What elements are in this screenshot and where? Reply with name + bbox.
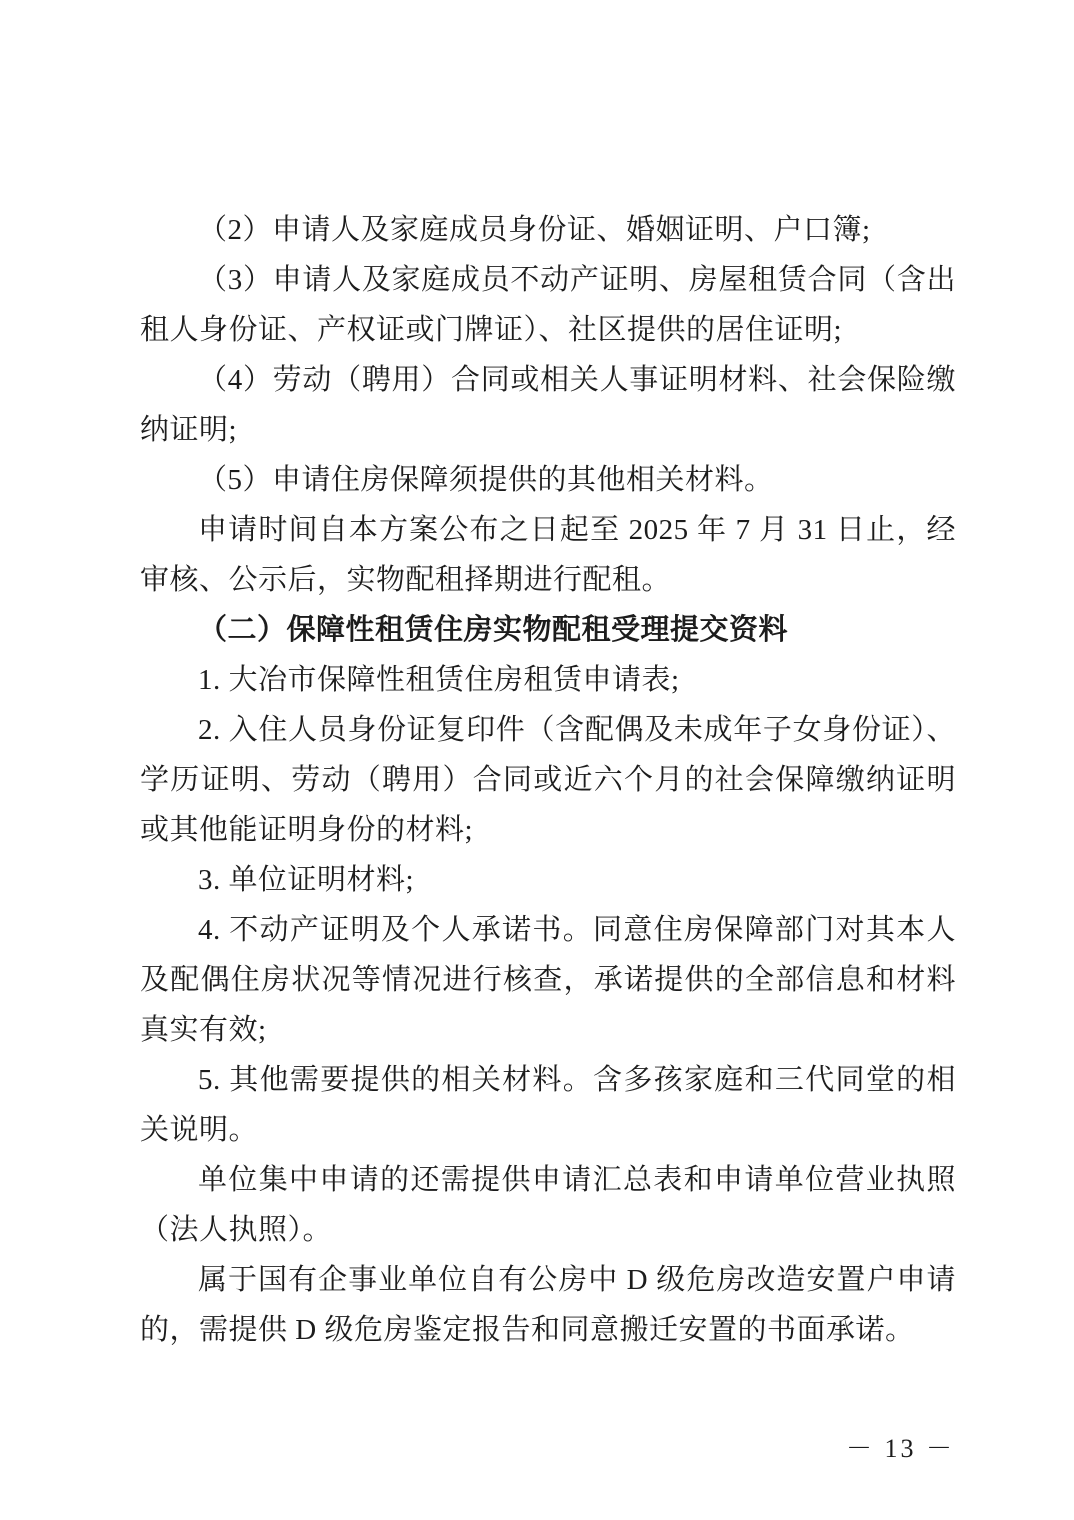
section-heading: （二）保障性租赁住房实物配租受理提交资料 [140,605,956,655]
paragraph-application-period: 申请时间自本方案公布之日起至 2025 年 7 月 31 日止，经审核、公示后，… [140,505,956,605]
paragraph-unit-application: 单位集中申请的还需提供申请汇总表和申请单位营业执照（法人执照）。 [140,1155,956,1255]
paragraph-item-2: （2）申请人及家庭成员身份证、婚姻证明、户口簿; [140,205,956,255]
paragraph-d-grade-housing: 属于国有企事业单位自有公房中 D 级危房改造安置户申请的，需提供 D 级危房鉴定… [140,1255,956,1355]
document-page: （2）申请人及家庭成员身份证、婚姻证明、户口簿; （3）申请人及家庭成员不动产证… [0,0,1074,1520]
page-number: － 13 － [846,1432,955,1466]
list-item-2: 2. 入住人员身份证复印件（含配偶及未成年子女身份证）、学历证明、劳动（聘用）合… [140,705,956,855]
list-item-1: 1. 大冶市保障性租赁住房租赁申请表; [140,655,956,705]
list-item-5: 5. 其他需要提供的相关材料。含多孩家庭和三代同堂的相关说明。 [140,1055,956,1155]
document-body: （2）申请人及家庭成员身份证、婚姻证明、户口簿; （3）申请人及家庭成员不动产证… [140,205,956,1355]
list-item-4: 4. 不动产证明及个人承诺书。同意住房保障部门对其本人及配偶住房状况等情况进行核… [140,905,956,1055]
paragraph-item-3: （3）申请人及家庭成员不动产证明、房屋租赁合同（含出租人身份证、产权证或门牌证）… [140,255,956,355]
paragraph-item-4: （4）劳动（聘用）合同或相关人事证明材料、社会保险缴纳证明; [140,355,956,455]
paragraph-item-5: （5）申请住房保障须提供的其他相关材料。 [140,455,956,505]
list-item-3: 3. 单位证明材料; [140,855,956,905]
